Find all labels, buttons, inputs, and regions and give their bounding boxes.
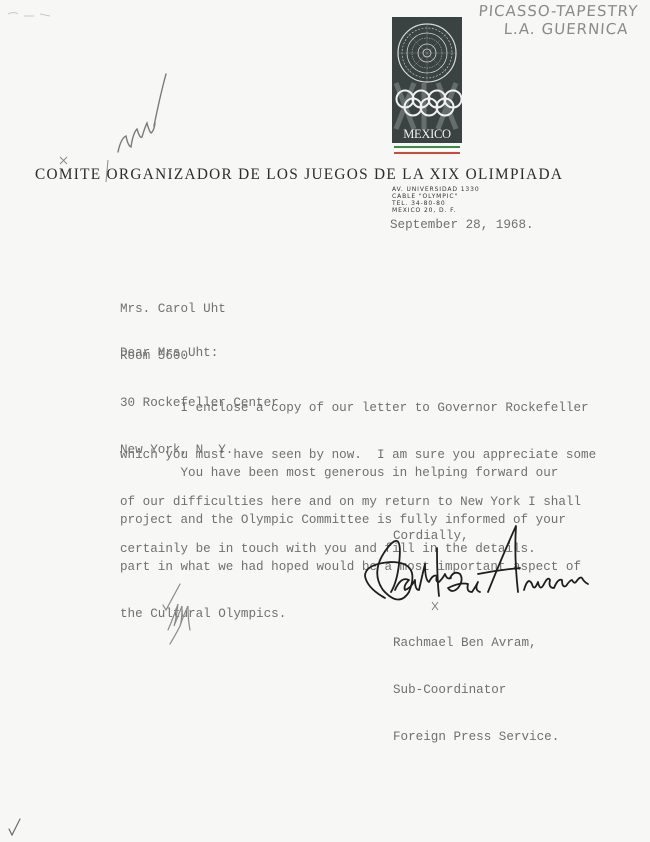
handwriting-layer: [0, 0, 650, 842]
pencil-line-icon: [106, 160, 108, 182]
checkmark-icon: [9, 819, 20, 835]
handwritten-initials-nan-icon: [118, 74, 166, 152]
x-mark-icon: [432, 602, 438, 610]
handwritten-check-initials-icon: [163, 584, 190, 644]
faint-mark-icon: [8, 13, 50, 17]
handwritten-signature-icon: [365, 526, 588, 600]
x-mark-icon: [60, 157, 67, 164]
